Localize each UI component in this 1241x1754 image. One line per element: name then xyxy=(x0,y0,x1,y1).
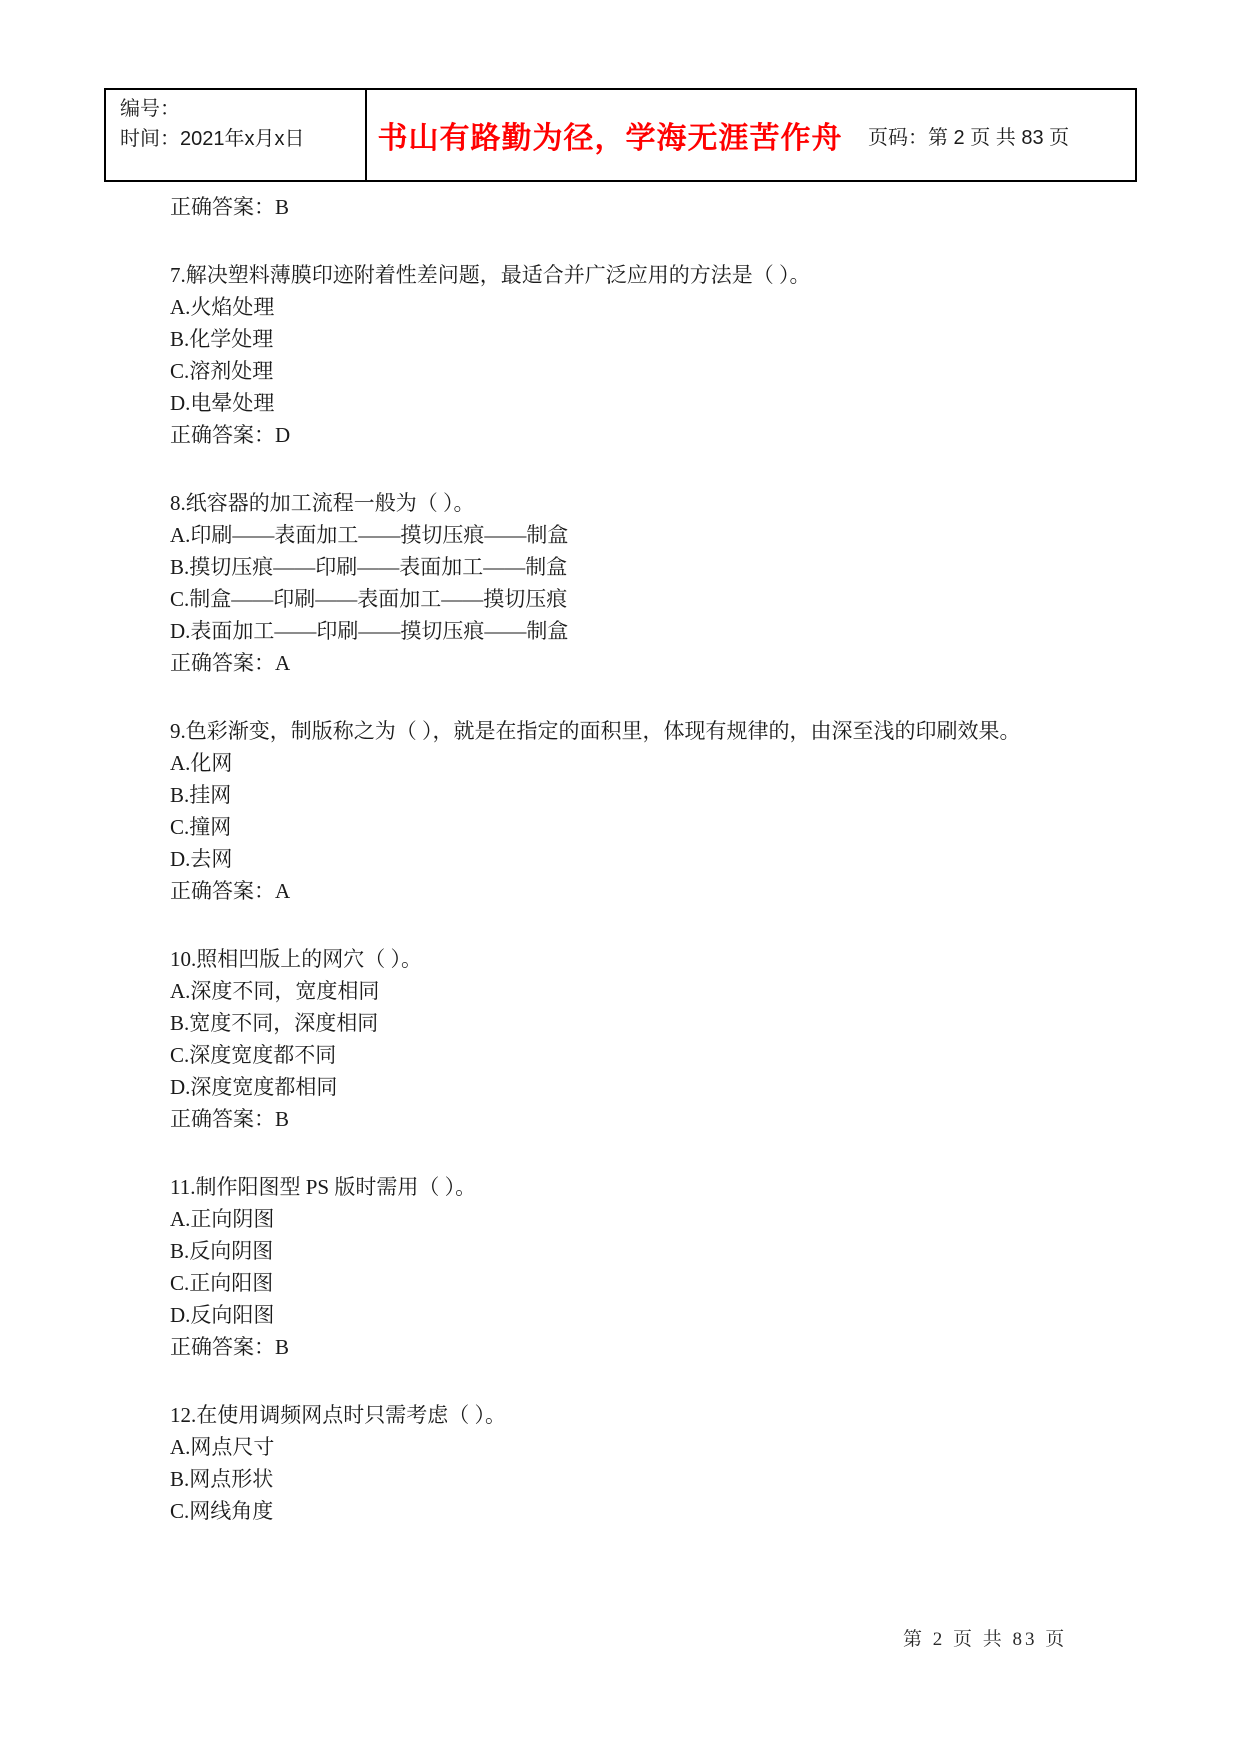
question-answer: 正确答案：B xyxy=(170,1103,1070,1135)
question-option: B.网点形状 xyxy=(170,1463,1070,1495)
question-block: 9.色彩渐变，制版称之为（ ），就是在指定的面积里，体现有规律的，由深至浅的印刷… xyxy=(170,715,1070,907)
question-answer: 正确答案：A xyxy=(170,875,1070,907)
question-text: 12.在使用调频网点时只需考虑（ ）。 xyxy=(170,1399,1070,1431)
question-block: 11.制作阳图型 PS 版时需用（ ）。 A.正向阴图B.反向阴图C.正向阳图D… xyxy=(170,1171,1070,1363)
question-option: A.印刷——表面加工——摸切压痕——制盒 xyxy=(170,519,1070,551)
question-option: D.电晕处理 xyxy=(170,387,1070,419)
question-block: 7.解决塑料薄膜印迹附着性差问题，最适合并广泛应用的方法是（ ）。 A.火焰处理… xyxy=(170,259,1070,451)
question-text: 9.色彩渐变，制版称之为（ ），就是在指定的面积里，体现有规律的，由深至浅的印刷… xyxy=(170,715,1070,747)
question-option: A.火焰处理 xyxy=(170,291,1070,323)
header-number-line: 编号： xyxy=(120,94,365,124)
question-option: C.制盒——印刷——表面加工——摸切压痕 xyxy=(170,583,1070,615)
question-text: 7.解决塑料薄膜印迹附着性差问题，最适合并广泛应用的方法是（ ）。 xyxy=(170,259,1070,291)
question-option: A.深度不同，宽度相同 xyxy=(170,975,1070,1007)
document-page: 编号： 时间：2021年x月x日 书山有路勤为径，学海无涯苦作舟 页码：第 2 … xyxy=(0,0,1241,1754)
question-option: B.化学处理 xyxy=(170,323,1070,355)
header-page-cell: 页码：第 2 页 共 83 页 xyxy=(853,90,1135,180)
question-block: 12.在使用调频网点时只需考虑（ ）。 A.网点尺寸B.网点形状C.网线角度 xyxy=(170,1399,1070,1527)
questions-container: 7.解决塑料薄膜印迹附着性差问题，最适合并广泛应用的方法是（ ）。 A.火焰处理… xyxy=(170,259,1070,1527)
question-option: B.挂网 xyxy=(170,779,1070,811)
question-option: D.去网 xyxy=(170,843,1070,875)
question-option: B.宽度不同，深度相同 xyxy=(170,1007,1070,1039)
question-option: C.正向阳图 xyxy=(170,1267,1070,1299)
question-option: D.反向阳图 xyxy=(170,1299,1070,1331)
question-option: C.溶剂处理 xyxy=(170,355,1070,387)
question-answer: 正确答案：A xyxy=(170,647,1070,679)
question-option: B.摸切压痕——印刷——表面加工——制盒 xyxy=(170,551,1070,583)
question-option: A.化网 xyxy=(170,747,1070,779)
header-table: 编号： 时间：2021年x月x日 书山有路勤为径，学海无涯苦作舟 页码：第 2 … xyxy=(104,88,1137,182)
question-text: 10.照相凹版上的网穴（ ）。 xyxy=(170,943,1070,975)
question-text: 11.制作阳图型 PS 版时需用（ ）。 xyxy=(170,1171,1070,1203)
header-slogan: 书山有路勤为径，学海无涯苦作舟 xyxy=(378,113,843,157)
question-option: C.深度宽度都不同 xyxy=(170,1039,1070,1071)
header-date-line: 时间：2021年x月x日 xyxy=(120,124,365,154)
question-text: 8.纸容器的加工流程一般为（ ）。 xyxy=(170,487,1070,519)
header-page-info: 页码：第 2 页 共 83 页 xyxy=(868,121,1069,150)
question-block: 8.纸容器的加工流程一般为（ ）。 A.印刷——表面加工——摸切压痕——制盒B.… xyxy=(170,487,1070,679)
question-answer: 正确答案：B xyxy=(170,1331,1070,1363)
question-option: D.深度宽度都相同 xyxy=(170,1071,1070,1103)
question-option: D.表面加工——印刷——摸切压痕——制盒 xyxy=(170,615,1070,647)
header-slogan-cell: 书山有路勤为径，学海无涯苦作舟 xyxy=(367,90,853,180)
header-meta-cell: 编号： 时间：2021年x月x日 xyxy=(106,90,367,180)
question-option: A.网点尺寸 xyxy=(170,1431,1070,1463)
question-list: 正确答案：B 7.解决塑料薄膜印迹附着性差问题，最适合并广泛应用的方法是（ ）。… xyxy=(170,191,1070,1527)
page-footer: 第 2 页 共 83 页 xyxy=(903,1624,1067,1651)
question-option: C.网线角度 xyxy=(170,1495,1070,1527)
question-option: A.正向阴图 xyxy=(170,1203,1070,1235)
question-option: B.反向阴图 xyxy=(170,1235,1070,1267)
question-block: 10.照相凹版上的网穴（ ）。 A.深度不同，宽度相同B.宽度不同，深度相同C.… xyxy=(170,943,1070,1135)
question-option: C.撞网 xyxy=(170,811,1070,843)
leading-answer-line: 正确答案：B xyxy=(170,191,1070,223)
question-answer: 正确答案：D xyxy=(170,419,1070,451)
